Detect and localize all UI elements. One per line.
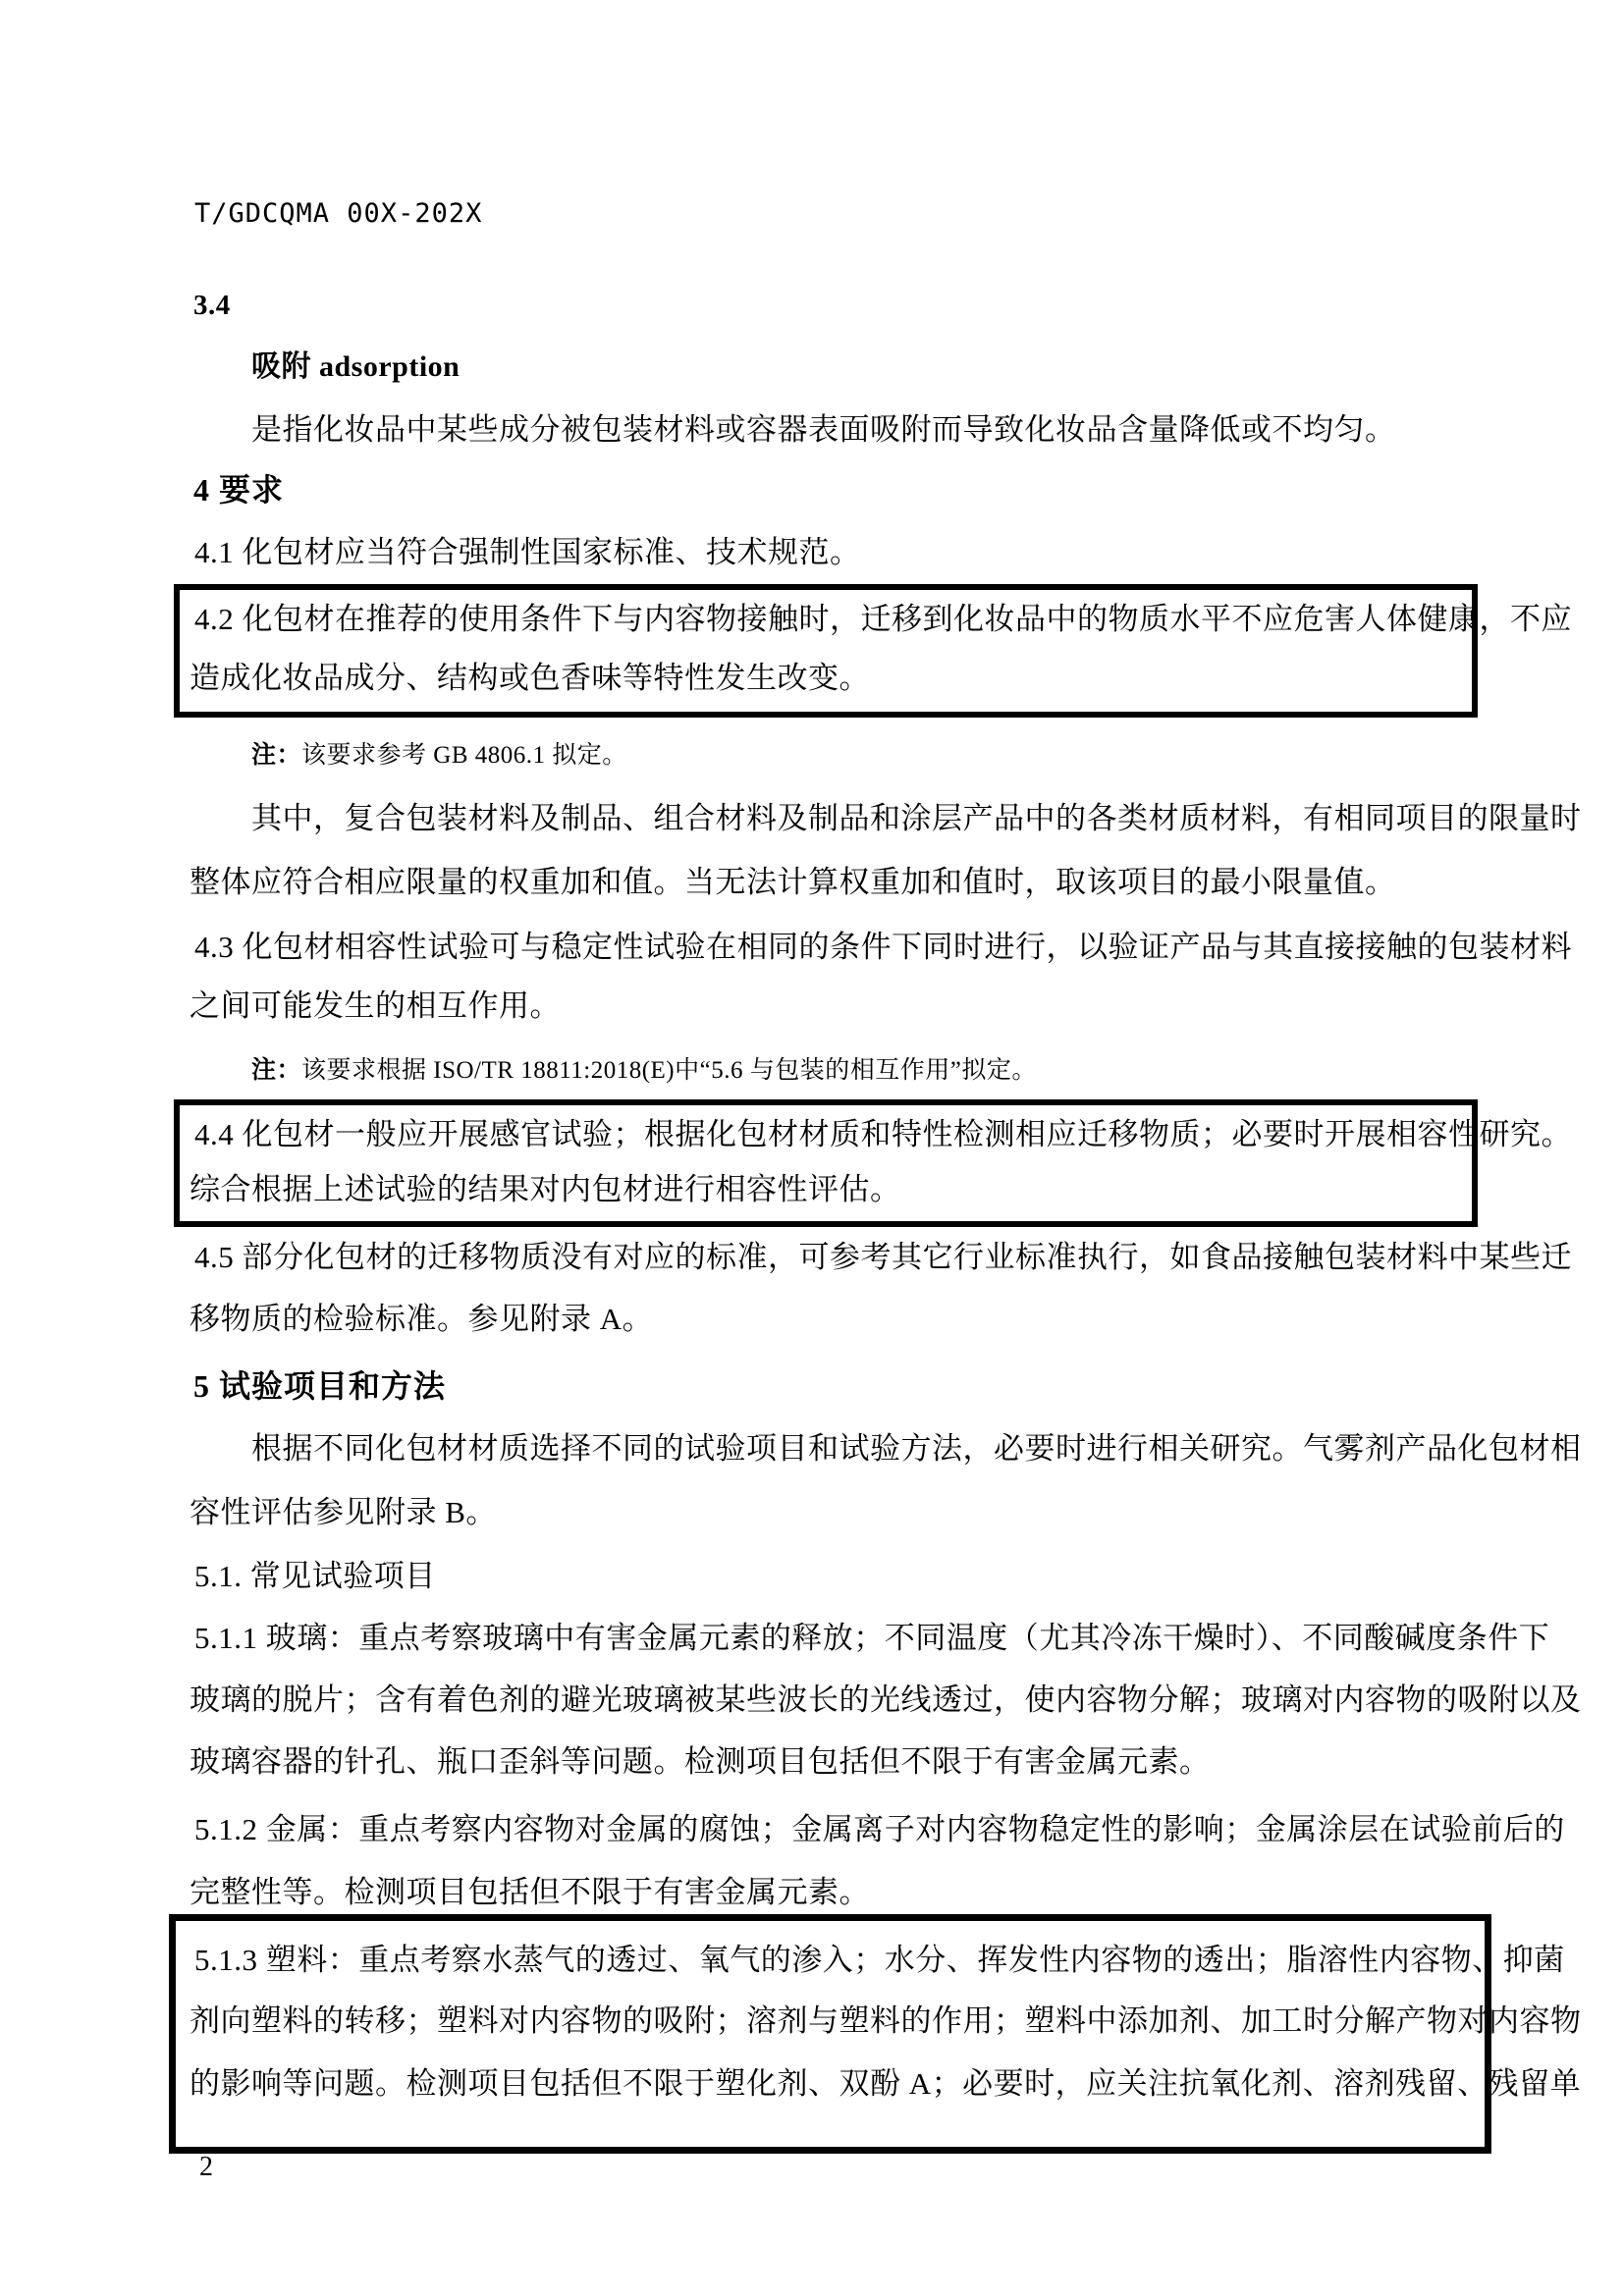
- clause-5-1-3-line2: 剂向塑料的转移；塑料对内容物的吸附；溶剂与塑料的作用；塑料中添加剂、加工时分解产…: [189, 2002, 1582, 2041]
- section-5-intro-line2: 容性评估参见附录 B。: [189, 1493, 497, 1532]
- note-4-3-text: 该要求根据 ISO/TR 18811:2018(E)中“5.6 与包装的相互作用…: [301, 1057, 1037, 1084]
- clause-4-5-line1: 4.5 部分化包材的迁移物质没有对应的标准，可参考其它行业标准执行，如食品接触包…: [194, 1238, 1572, 1277]
- clause-5-1-3-line1: 5.1.3 塑料：重点考察水蒸气的透过、氧气的渗入；水分、挥发性内容物的透出；脂…: [194, 1941, 1565, 1980]
- note-4-3-label: 注：: [251, 1057, 301, 1084]
- clause-4-1: 4.1 化包材应当符合强制性国家标准、技术规范。: [194, 533, 861, 572]
- subclause-5-1: 5.1. 常见试验项目: [194, 1557, 436, 1596]
- page-number: 2: [199, 2148, 214, 2187]
- clause-number-3-4: 3.4: [193, 286, 231, 325]
- note-4-3: 注：该要求根据 ISO/TR 18811:2018(E)中“5.6 与包装的相互…: [251, 1051, 1037, 1091]
- clause-4-4-line2: 综合根据上述试验的结果对内包材进行相容性评估。: [189, 1170, 901, 1209]
- note-4-2-label: 注：: [251, 742, 301, 769]
- standard-code-header: T/GDCQMA 00X-202X: [194, 194, 482, 234]
- clause-5-1-1-line1: 5.1.1 玻璃：重点考察玻璃中有害金属元素的释放；不同温度（尤其冷冻干燥时）、…: [194, 1619, 1549, 1658]
- section-4-heading: 4 要求: [193, 470, 284, 509]
- clause-4-3-line2: 之间可能发生的相互作用。: [189, 987, 561, 1026]
- term-definition: 是指化妆品中某些成分被包装材料或容器表面吸附而导致化妆品含量降低或不均匀。: [251, 410, 1396, 450]
- clause-4-3-line1: 4.3 化包材相容性试验可与稳定性试验在相同的条件下同时进行，以验证产品与其直接…: [194, 928, 1572, 967]
- section-5-intro-line1: 根据不同化包材材质选择不同的试验项目和试验方法，必要时进行相关研究。气雾剂产品化…: [251, 1429, 1582, 1468]
- para-4-2-supplement-line2: 整体应符合相应限量的权重加和值。当无法计算权重加和值时，取该项目的最小限量值。: [189, 863, 1396, 902]
- clause-5-1-1-line2: 玻璃的脱片；含有着色剂的避光玻璃被某些波长的光线透过，使内容物分解；玻璃对内容物…: [189, 1681, 1582, 1720]
- section-5-heading: 5 试验项目和方法: [193, 1366, 446, 1406]
- note-4-2-text: 该要求参考 GB 4806.1 拟定。: [301, 742, 627, 769]
- clause-5-1-1-line3: 玻璃容器的针孔、瓶口歪斜等问题。检测项目包括但不限于有害金属元素。: [189, 1742, 1211, 1782]
- clause-5-1-2-line1: 5.1.2 金属：重点考察内容物对金属的腐蚀；金属离子对内容物稳定性的影响；金属…: [194, 1810, 1565, 1849]
- clause-5-1-2-line2: 完整性等。检测项目包括但不限于有害金属元素。: [189, 1873, 870, 1912]
- clause-4-2-line1: 4.2 化包材在推荐的使用条件下与内容物接触时，迁移到化妆品中的物质水平不应危害…: [194, 600, 1572, 639]
- para-4-2-supplement-line1: 其中，复合包装材料及制品、组合材料及制品和涂层产品中的各类材质材料，有相同项目的…: [251, 799, 1582, 838]
- clause-4-4-line1: 4.4 化包材一般应开展感官试验；根据化包材材质和特性检测相应迁移物质；必要时开…: [194, 1115, 1572, 1154]
- note-4-2: 注：该要求参考 GB 4806.1 拟定。: [251, 736, 627, 775]
- document-page: T/GDCQMA 00X-202X 3.4 吸附 adsorption 是指化妆…: [0, 0, 1624, 2296]
- clause-4-5-line2: 移物质的检验标准。参见附录 A。: [189, 1300, 653, 1339]
- clause-5-1-3-line3: 的影响等问题。检测项目包括但不限于塑化剂、双酚 A；必要时，应关注抗氧化剂、溶剂…: [189, 2064, 1581, 2104]
- term-title-adsorption: 吸附 adsorption: [251, 347, 460, 387]
- clause-4-2-line2: 造成化妆品成分、结构或色香味等特性发生改变。: [189, 659, 870, 698]
